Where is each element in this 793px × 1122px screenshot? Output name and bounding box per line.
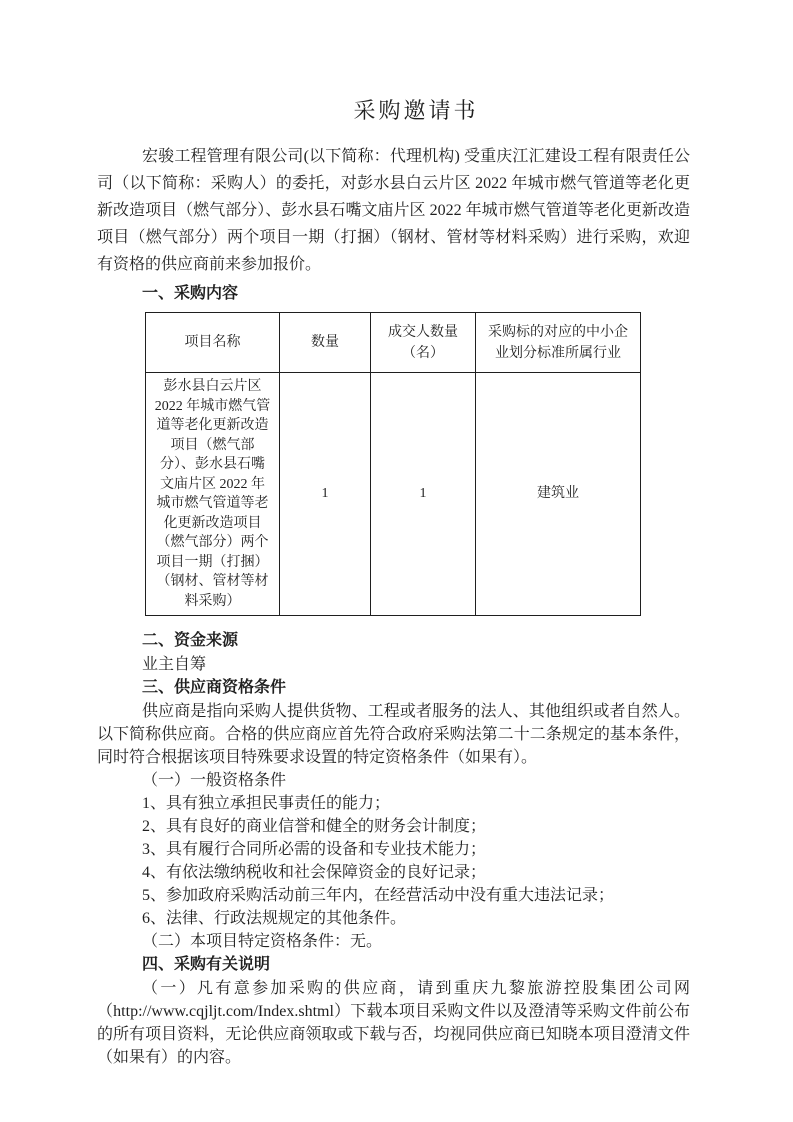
intro-paragraph: 宏骏工程管理有限公司(以下简称：代理机构) 受重庆江汇建设工程有限责任公司（以下… <box>97 143 690 278</box>
page-title: 采购邀请书 <box>97 92 690 130</box>
cell-project-name: 彭水县白云片区 2022 年城市燃气管道等老化更新改造项目（燃气部分）、彭水县石… <box>146 373 280 616</box>
section-4-heading: 四、采购有关说明 <box>97 953 690 977</box>
supplier-definition-paragraph: 供应商是指向采购人提供货物、工程或者服务的法人、其他组织或者自然人。以下简称供应… <box>97 700 690 769</box>
specific-conditions-line: （二）本项目特定资格条件：无。 <box>97 930 690 953</box>
section-3-heading: 三、供应商资格条件 <box>97 676 690 700</box>
table-header-row: 项目名称 数量 成交人数量 （名） 采购标的对应的中小企 业划分标准所属行业 <box>146 313 641 373</box>
condition-item-1: 1、具有独立承担民事责任的能力； <box>97 792 690 815</box>
cell-industry: 建筑业 <box>476 373 641 616</box>
procurement-table: 项目名称 数量 成交人数量 （名） 采购标的对应的中小企 业划分标准所属行业 彭… <box>145 312 641 616</box>
cell-winner-count: 1 <box>371 373 476 616</box>
condition-item-4: 4、有依法缴纳税收和社会保障资金的良好记录； <box>97 861 690 884</box>
condition-item-6: 6、法律、行政法规规定的其他条件。 <box>97 907 690 930</box>
section-2-heading: 二、资金来源 <box>97 629 690 653</box>
procurement-notes-paragraph: （一）凡有意参加采购的供应商，请到重庆九黎旅游控股集团公司网（http://ww… <box>97 977 690 1069</box>
cell-quantity: 1 <box>280 373 371 616</box>
column-header-quantity: 数量 <box>280 313 371 373</box>
column-header-winner-count: 成交人数量 （名） <box>371 313 476 373</box>
condition-item-5: 5、参加政府采购活动前三年内，在经营活动中没有重大违法记录； <box>97 884 690 907</box>
column-header-industry: 采购标的对应的中小企 业划分标准所属行业 <box>476 313 641 373</box>
condition-item-2: 2、具有良好的商业信誉和健全的财务会计制度； <box>97 815 690 838</box>
table-row: 彭水县白云片区 2022 年城市燃气管道等老化更新改造项目（燃气部分）、彭水县石… <box>146 373 641 616</box>
column-header-project-name: 项目名称 <box>146 313 280 373</box>
section-1-heading: 一、采购内容 <box>97 282 690 306</box>
general-conditions-subheading: （一）一般资格条件 <box>97 769 690 792</box>
condition-item-3: 3、具有履行合同所必需的设备和专业技术能力； <box>97 838 690 861</box>
document-page: 采购邀请书 宏骏工程管理有限公司(以下简称：代理机构) 受重庆江汇建设工程有限责… <box>0 0 793 1122</box>
funding-source-text: 业主自筹 <box>97 653 690 676</box>
